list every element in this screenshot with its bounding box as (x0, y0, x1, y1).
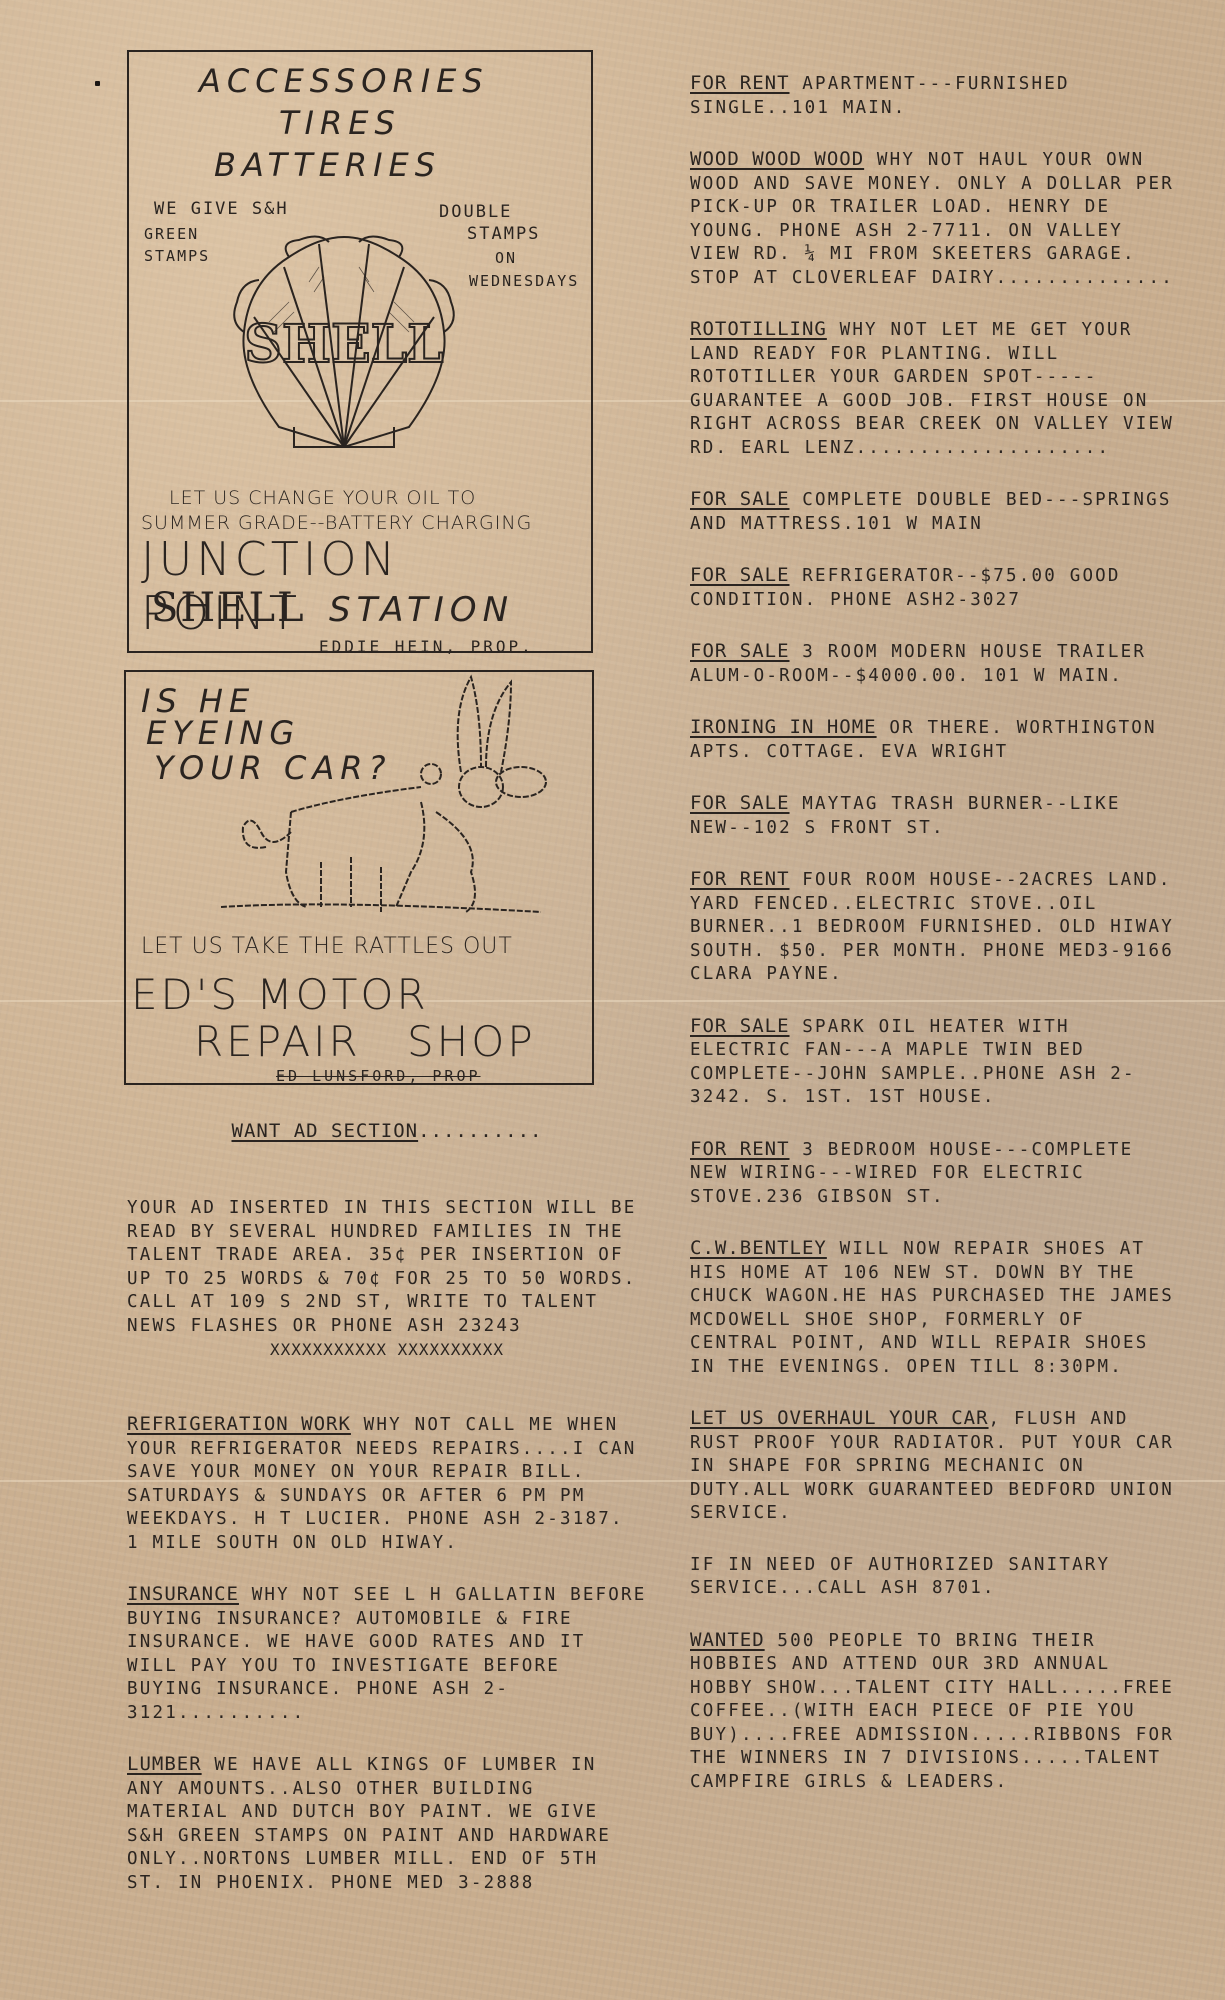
classified-ad: If in need of authorized sanitary servic… (690, 1554, 1175, 1601)
shell-logo-icon: SHELL (219, 222, 469, 452)
stamps-text: GREEN (144, 225, 199, 243)
classified-ad: FOR SALE 3 room modern house trailer Alu… (690, 640, 1175, 688)
ad-heading: WOOD WOOD WOOD (690, 148, 864, 170)
ad-heading: FOR RENT (690, 1138, 790, 1160)
classified-ad: WOOD WOOD WOOD Why not haul your own woo… (690, 148, 1175, 290)
donkey-illustration-icon (181, 672, 571, 932)
ad-heading: FOR SALE (690, 564, 790, 586)
ad-heading: INSURANCE (127, 1583, 239, 1605)
ad-body: Why not let me get your land ready for p… (690, 320, 1174, 458)
classified-ad: IRONING IN HOME or there. Worthington Ap… (690, 716, 1175, 764)
classified-ad: REFRIGERATION WORK Why not call me when … (127, 1413, 647, 1555)
classified-ad: LET US OVERHAUL YOUR CAR, flush and rust… (690, 1407, 1175, 1526)
eds-motor-repair-ad: IS HE EYEING YOUR CAR? LET US TAKE THE R… (124, 670, 594, 1085)
ad-body: Why not see L H Gallatin before buying i… (127, 1585, 647, 1723)
intro-text: Your ad inserted in this section will be… (127, 1198, 636, 1336)
double-stamps-text: DOUBLE (439, 202, 512, 222)
section-title-text: WANT AD SECTION (232, 1120, 419, 1142)
shell-station-ad: ACCESSORIES TIRES BATTERIES WE GIVE S&H … (127, 50, 593, 653)
business-name: STATION (329, 590, 514, 630)
classified-ad: FOR SALE Spark oil heater with electric … (690, 1015, 1175, 1110)
svg-text:SHELL: SHELL (244, 314, 443, 375)
classified-ad: WANTED 500 people to bring their hobbies… (690, 1629, 1175, 1795)
ink-speck (95, 81, 100, 86)
classified-ad: FOR RENT 3 bedroom house---complete new … (690, 1138, 1175, 1210)
ad-headline: TIRES (279, 104, 401, 142)
want-ads-right-column: FOR RENT Apartment---furnished single..1… (690, 72, 1175, 1822)
oil-change-text: LET US CHANGE YOUR OIL TO (169, 487, 476, 509)
ad-headline: BATTERIES (214, 146, 441, 184)
want-ads-left-column: WANT AD SECTION.......... Your ad insert… (127, 1120, 647, 1923)
ad-heading: REFRIGERATION WORK (127, 1413, 351, 1435)
ad-body: If in need of authorized sanitary servic… (690, 1555, 1110, 1599)
business-name: ED'S MOTOR (131, 970, 429, 1019)
ad-headline: ACCESSORIES (199, 62, 489, 100)
business-name: SHELL (151, 585, 306, 631)
ad-heading: FOR RENT (690, 868, 790, 890)
ad-body: Why not haul your own wood and save mone… (690, 150, 1174, 288)
right-ads-list: FOR RENT Apartment---furnished single..1… (690, 72, 1175, 1794)
proprietor: EDDIE HEIN, PROP. (319, 637, 534, 656)
ad-heading: LET US OVERHAUL YOUR CAR (690, 1407, 989, 1429)
classified-ad: FOR RENT four room house--2Acres land. Y… (690, 868, 1175, 987)
double-stamps-text: WEDNESDAYS (469, 272, 579, 290)
ad-body: 500 people to bring their hobbies and at… (690, 1631, 1174, 1792)
ad-body: Why not call me when your refrigerator n… (127, 1415, 636, 1553)
section-title: WANT AD SECTION.......... (127, 1120, 647, 1144)
section-title-trail: .......... (418, 1120, 542, 1142)
double-stamps-text: STAMPS (467, 224, 540, 244)
business-name: REPAIR SHOP (194, 1017, 536, 1066)
stamps-text: STAMPS (144, 247, 210, 265)
stamps-text: WE GIVE S&H (154, 199, 289, 219)
left-ads-list: REFRIGERATION WORK Why not call me when … (127, 1413, 647, 1895)
classified-ad: FOR SALE Complete double bed---springs a… (690, 488, 1175, 536)
ad-heading: LUMBER (127, 1753, 202, 1775)
ad-heading: C.W.BENTLEY (690, 1237, 827, 1259)
ad-heading: IRONING IN HOME (690, 716, 877, 738)
ad-heading: FOR SALE (690, 1015, 790, 1037)
classified-ad: FOR RENT Apartment---furnished single..1… (690, 72, 1175, 120)
proprietor: ED LUNSFORD, PROP (276, 1067, 481, 1085)
ad-body: We have all kings of lumber in any amoun… (127, 1755, 611, 1893)
classified-ad: LUMBER We have all kings of lumber in an… (127, 1753, 647, 1895)
ad-heading: FOR SALE (690, 488, 790, 510)
ad-heading: WANTED (690, 1629, 765, 1651)
ad-heading: FOR RENT (690, 72, 790, 94)
classified-ad: FOR SALE Maytag trash burner--like new--… (690, 792, 1175, 840)
oil-change-text: SUMMER GRADE--BATTERY CHARGING (141, 512, 532, 534)
classified-ad: C.W.BENTLEY will now repair shoes at his… (690, 1237, 1175, 1379)
double-stamps-text: ON (495, 249, 517, 267)
separator: xxxxxxxxxxx xxxxxxxxxx (127, 1338, 647, 1362)
classified-ad: INSURANCE Why not see L H Gallatin befor… (127, 1583, 647, 1725)
ad-heading: FOR SALE (690, 640, 790, 662)
tagline: LET US TAKE THE RATTLES OUT (141, 934, 513, 959)
section-intro: Your ad inserted in this section will be… (127, 1174, 647, 1386)
classified-ad: FOR SALE Refrigerator--$75.00 good condi… (690, 564, 1175, 612)
ad-heading: FOR SALE (690, 792, 790, 814)
ad-body: will now repair shoes at his home at 106… (690, 1239, 1174, 1377)
classified-ad: ROTOTILLING Why not let me get your land… (690, 318, 1175, 460)
ad-heading: ROTOTILLING (690, 318, 827, 340)
